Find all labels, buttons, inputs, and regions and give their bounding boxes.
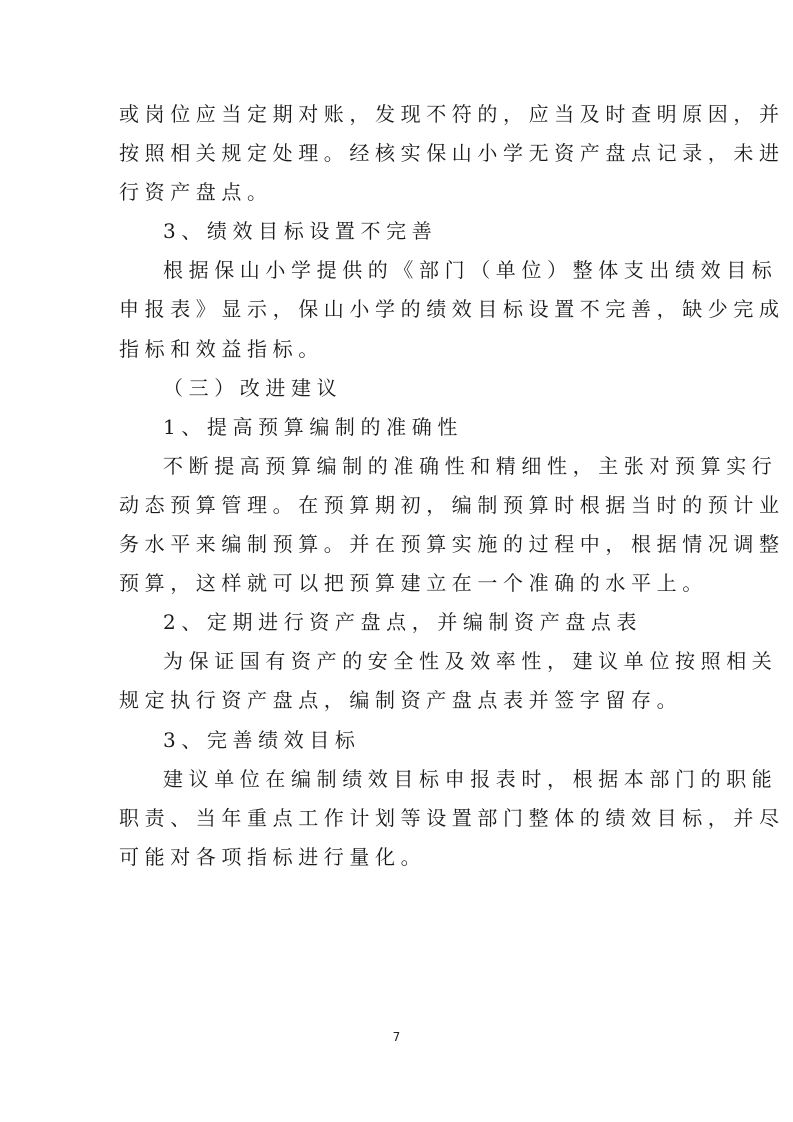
paragraph-line: 动态预算管理。在预算期初，编制预算时根据当时的预计业 (119, 487, 679, 523)
paragraph-line: 按照相关规定处理。经核实保山小学无资产盘点记录，未进 (119, 135, 679, 171)
document-body: 或岗位应当定期对账，发现不符的，应当及时查明原因，并 按照相关规定处理。经核实保… (119, 96, 679, 878)
paragraph-line: 可能对各项指标进行量化。 (119, 839, 679, 875)
section-heading-improvement-suggestions: （三）改进建议 (119, 370, 679, 406)
paragraph-line: 根据保山小学提供的《部门（单位）整体支出绩效目标 (119, 252, 679, 288)
paragraph-line: 预算，这样就可以把预算建立在一个准确的水平上。 (119, 565, 679, 601)
paragraph-line: 规定执行资产盘点，编制资产盘点表并签字留存。 (119, 682, 679, 718)
subheading-performance-goals-incomplete: 3、绩效目标设置不完善 (119, 213, 679, 249)
paragraph-line: 建议单位在编制绩效目标申报表时，根据本部门的职能 (119, 761, 679, 797)
paragraph-line: 务水平来编制预算。并在预算实施的过程中，根据情况调整 (119, 526, 679, 562)
paragraph-line: 为保证国有资产的安全性及效率性，建议单位按照相关 (119, 643, 679, 679)
page-number: 7 (0, 1030, 793, 1044)
paragraph-line: 申报表》显示，保山小学的绩效目标设置不完善，缺少完成 (119, 291, 679, 327)
paragraph-line: 指标和效益指标。 (119, 331, 679, 367)
subheading-improve-performance-goals: 3、完善绩效目标 (119, 722, 679, 758)
paragraph-line: 行资产盘点。 (119, 174, 679, 210)
subheading-budget-accuracy: 1、提高预算编制的准确性 (119, 409, 679, 445)
subheading-asset-inventory: 2、定期进行资产盘点，并编制资产盘点表 (119, 604, 679, 640)
paragraph-line: 不断提高预算编制的准确性和精细性，主张对预算实行 (119, 448, 679, 484)
paragraph-line: 或岗位应当定期对账，发现不符的，应当及时查明原因，并 (119, 96, 679, 132)
paragraph-line: 职责、当年重点工作计划等设置部门整体的绩效目标，并尽 (119, 800, 679, 836)
